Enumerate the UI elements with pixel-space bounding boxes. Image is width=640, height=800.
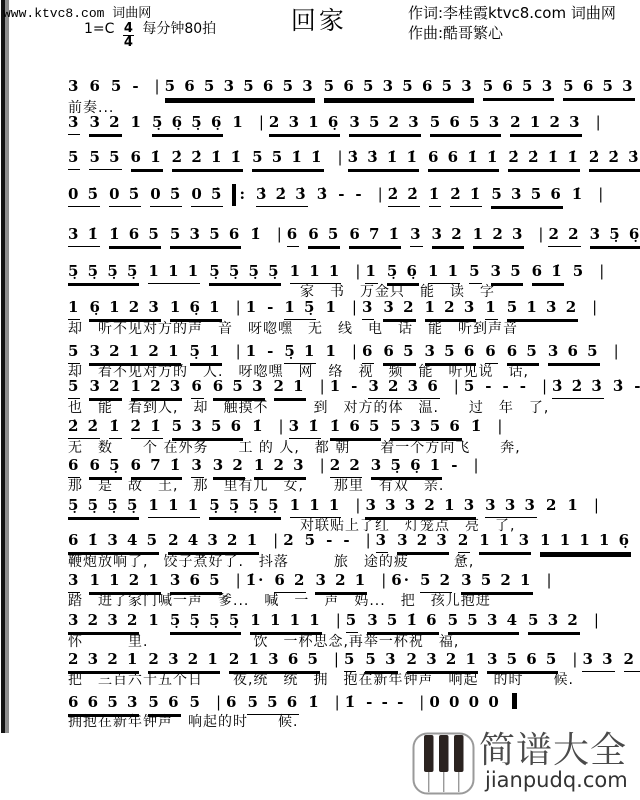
note-group: 6 5 3 [213, 376, 265, 399]
note-group: 2̇ 2̇ 1̇ 1̇ [508, 147, 579, 170]
note-group: 5 3 5 6 [172, 416, 243, 439]
bar-line: | [334, 649, 339, 671]
bar-line: | [320, 376, 325, 398]
lyric-line: 拥抱在新年钟声 响起的时 候. [68, 711, 298, 731]
piano-keys-icon [412, 732, 475, 795]
note-group: 0 5̇ [109, 184, 141, 207]
note-group: 3 2 3 6 [368, 376, 439, 399]
note-group: 0 5̇ [191, 184, 223, 207]
note-group: 1 [232, 112, 244, 134]
note-group: 1̇ [471, 416, 483, 438]
note-group: 5 3 5 6 [491, 184, 562, 207]
bar-line: | [336, 610, 341, 632]
note-group: 2 1 [274, 376, 306, 399]
note-group: 3 2 [383, 297, 415, 320]
note-group: 1 [325, 341, 337, 363]
note-group: 3 6 5 [548, 341, 600, 364]
music-line: 55 56 1̇2̇ 2̇ 1̇ 1̇5 5 1̇ 1̇|3̇ 3̇ 1̇ 1̇… [68, 147, 640, 170]
note-group: 1 1 1 1 6̣ [540, 530, 631, 553]
note-group: 3 1̇ [68, 224, 100, 247]
lyric-line: 把 三百六十五个日 夜,统 统 拥 抱在新年钟声 响起 的时 候. [68, 669, 574, 689]
note-group: 1 1 3 [479, 530, 531, 553]
note-group: 1 1 1 1 [250, 610, 321, 633]
bar-line: | [598, 184, 603, 206]
note-group: 3 3 [582, 649, 614, 672]
lyric-line: 那 是 故 土, 那 里有儿 女, 那里 有双 亲. [68, 475, 444, 495]
note-group: 2̇ 2̇ 1̇ 1̇ [172, 147, 243, 170]
note-group: 5 [68, 376, 80, 399]
note-group: 1̇ [345, 692, 357, 714]
note-group: 0 5̇ [150, 184, 182, 207]
note-group: 6 1̇ [532, 261, 564, 284]
note-group: - [267, 297, 275, 319]
note-group: 1̇ [308, 692, 320, 714]
note-group: 1̇ [572, 184, 584, 206]
note-group: 3 1̇ [289, 416, 321, 439]
note-group: 6 7 1̇ [349, 224, 401, 247]
bar-line: | [454, 376, 459, 398]
note-group: 2 4 3 2 1 [168, 530, 259, 553]
note-group: 5̣ 5̣ 5̣ 5̣ [209, 495, 280, 518]
note-group: 1 2 3 [425, 297, 477, 320]
lyric-line: 怀 里. 饮 一杯思念,再举一杯祝 福, [68, 631, 459, 651]
note-group: - [451, 455, 459, 477]
bar-line: | [259, 112, 264, 134]
note-group: 2 2 [548, 224, 580, 247]
note-group: 2 [458, 530, 470, 553]
note-group: 3 2 3 [397, 530, 449, 553]
note-group: 2 [283, 530, 295, 552]
bar-line: | [335, 692, 340, 714]
note-group: 5 6 5 3 5 6 5 3 [324, 76, 474, 99]
note-group: 5 [305, 530, 317, 552]
lyric-line: 踏 进了家门喊一声 爹... 喊 一 声 妈... 把 孩儿抱进 [68, 590, 491, 610]
note-group: 1̇ [252, 416, 264, 438]
note-group: 1 [68, 297, 80, 320]
note-group: 3 2 [89, 112, 121, 135]
bar-line: | [594, 610, 599, 632]
note-group: 1 5̣ [284, 297, 316, 320]
note-group: 2̇ 1̇ [131, 416, 163, 439]
note-group: 1̇ 6 5 [109, 224, 161, 247]
note-group: 3 2 [89, 376, 121, 399]
note-group: 5̣ 6̣ 5̣ 6̣ [152, 112, 223, 135]
bar-line: | [352, 341, 357, 363]
note-group: 6 6 1̇ 1̇ [428, 147, 499, 170]
bar-line: | [594, 495, 599, 517]
note-group: 1 2 3 [473, 224, 525, 247]
note-group: 5 [573, 261, 585, 283]
note-group: 3 [376, 530, 388, 553]
note-group: - [338, 184, 346, 206]
bar-line: | [473, 455, 478, 477]
logo-title: 简谱大全 [479, 732, 628, 770]
note-group: 1 [148, 610, 160, 632]
note-group: 1 [246, 341, 258, 363]
bar-line: | [542, 376, 547, 398]
note-group: - [503, 376, 511, 398]
note-group: 5̣ 5̣ 5̣ 5̣ [68, 261, 139, 284]
note-group: 6 1̇ [131, 147, 163, 170]
note-group: 5 [68, 147, 80, 170]
note-group: - [267, 341, 275, 363]
music-line: 365-|5 6 5 3 5 6 5 35 6 5 3 5 6 5 35 6 5… [68, 76, 640, 99]
note-group: 2 3 1 6̣ [269, 112, 340, 135]
lyric-line: 无 数 个 在外务 工 的 人, 都 朝 着一个方向飞 奔, [68, 437, 521, 457]
note-group: 5 [346, 610, 358, 633]
note-group: - [634, 376, 640, 398]
note-group: 5 3 2 [528, 610, 580, 633]
bar-line: | [236, 341, 241, 363]
note-group: 5 1 3 2 [507, 297, 578, 320]
note-group: 2 1 2 3 [510, 112, 581, 135]
music-line: 0 5̇0 5̇0 5̇0 5̇:3̇ 2̇ 3̇3̇--|2̇ 2̇1̇2̇ … [68, 184, 608, 207]
bar-line: | [338, 147, 343, 169]
note-group: 5 [111, 76, 123, 98]
bar-line: | [366, 530, 371, 552]
note-group: 1 1 1 [148, 495, 200, 518]
note-group: 3 [410, 224, 422, 247]
note-group: 1̇ [429, 184, 441, 207]
note-group: 2 5̣ [624, 649, 640, 672]
note-group: 5 3 5 6 [170, 224, 241, 247]
bar-line: | [236, 570, 241, 592]
note-group: 0 5̇ [68, 184, 100, 207]
music-line: 16̣ 1 2 31 6̣ 1|1-1 5̣1|33 21 2 315 1 3 … [68, 297, 602, 320]
bar-line: | [497, 416, 502, 438]
music-line: 53 21 2 366 5 32 1|1-3 2 3 6|5---|3̇ 2̇ … [68, 376, 640, 399]
bar-line: | [355, 495, 360, 517]
note-group: 1̇ [250, 224, 262, 246]
note-group: 1 [485, 297, 497, 320]
note-group: 6· [391, 570, 411, 592]
site-logo[interactable]: 简谱大全 jianpudq.com [412, 732, 628, 795]
note-group: 3 [68, 76, 80, 98]
note-group: 3 [362, 297, 374, 320]
bar-line: | [596, 112, 601, 134]
note-group: 5 5 3 4 [448, 610, 519, 633]
note-group: 6̣ 1 2 3 [89, 297, 160, 320]
bar-line: | [419, 692, 424, 714]
bar-line: | [381, 570, 386, 592]
note-group: - [343, 530, 351, 552]
note-group: 1 2 3 [131, 376, 183, 399]
bar-line: | [538, 224, 543, 246]
logo-domain: jianpudq.com [479, 770, 628, 791]
note-group: 5 5 [89, 147, 121, 170]
bar-line: | [614, 341, 619, 363]
note-group: 5̣ 5̣ 5̣ 5̣ [170, 610, 241, 633]
note-group: 5 3 5 6 [390, 416, 461, 439]
note-group: 1̇· [246, 570, 266, 592]
note-group: 2 [546, 495, 558, 517]
bar-line: | [320, 455, 325, 477]
note-group: 3 2 3 2 [68, 610, 139, 633]
music-line: 2̇ 2̇1̇2̇ 1̇5 3 5 61̇|3 1̇1̇ 6 55 3 5 61… [68, 416, 507, 439]
bar-line: | [592, 297, 597, 319]
bar-line: | [279, 416, 284, 438]
music-line: 3 1̇1̇ 6 55 3 5 61̇|66 56 7 1̇33 21 2 3|… [68, 224, 640, 247]
note-group: 3̇ 2̇ 3̇ [552, 376, 604, 399]
bar-line: | [273, 530, 278, 552]
music-line: 6 1̇ 3 4 52 4 3 2 1|25--|33 2 321 1 31 1… [68, 530, 640, 553]
bar-line: | [547, 570, 552, 592]
note-group: 5̣ 5̣ 5̣ 5̣ [209, 261, 280, 284]
endbar-bar [512, 693, 517, 709]
note-group: 3 5 [491, 261, 523, 284]
note-group: 6 [287, 224, 299, 247]
note-group: 3 5 2 3 [349, 112, 420, 135]
note-group: - - - [366, 692, 405, 714]
note-group: 5 6 5 3 [483, 76, 554, 99]
score: 365-|5 6 5 3 5 6 5 35 6 5 3 5 6 5 35 6 5… [0, 0, 640, 800]
note-group: 3 2 [432, 224, 464, 247]
note-group: 6 [89, 76, 101, 98]
lyric-line: 也 能 看到人, 却 触摸不 到 对方的体 温. 过 年 了, [68, 397, 549, 417]
note-group: - [485, 376, 493, 398]
music-line: 33 215̣ 6̣ 5̣ 6̣1|2 3 1 6̣3 5 2 35 6 5 3… [68, 112, 606, 135]
note-group: 2̇ 2̇ [388, 184, 420, 207]
note-group: 2̇ 2̇ [68, 416, 100, 439]
note-group: 3̇ 2̇ 3̇ [256, 184, 308, 207]
note-group: 1 1 1 [148, 261, 200, 284]
note-group: 2̇ 1̇ [450, 184, 482, 207]
note-group: - [351, 376, 359, 398]
bar-line: | [599, 261, 604, 283]
note-group: 5 [464, 376, 476, 398]
note-group: 3 5̣ 6̣ 1 [590, 224, 640, 247]
bar-line: | [155, 76, 160, 98]
note-group: 1 [325, 297, 337, 319]
bar-line: | [236, 297, 241, 319]
note-group: 6 [191, 376, 203, 399]
note-group: 5 5 1̇ 1̇ [252, 147, 323, 170]
note-group: 1 [330, 376, 342, 398]
note-group: 0 0 0 0 [429, 692, 500, 714]
lyric-line: 却 听不见对方的声 音 呀唿嘿 无 线 电 话 能 听到声音 [68, 318, 518, 338]
lyric-line: 鞭炮放响了, 饺子煮好了. 抖落 旅 途的疲 惫, [68, 551, 474, 571]
note-group: 3 5 1̇ 6 [367, 610, 438, 633]
note-group: 1̇ [109, 416, 121, 439]
bar-line: | [355, 261, 360, 283]
note-group: 1̇ 6 5 [330, 416, 382, 439]
note-group: - [326, 530, 334, 552]
music-line: 3 2 3 215̣ 5̣ 5̣ 5̣1 1 1 1|53 5 1̇ 65 5 … [68, 610, 604, 633]
note-group: 3̇ [317, 184, 329, 206]
note-group: 5̣ 5̣ 5̣ 5̣ [68, 495, 139, 518]
note-group: 1 [131, 112, 143, 134]
note-group: - [520, 376, 528, 398]
rstart-bar: : [232, 184, 247, 206]
logo-text-block: 简谱大全 jianpudq.com [479, 732, 628, 791]
sheet-music-page: { "header": { "watermark": "www.ktvc8.co… [0, 0, 640, 800]
note-group: 1 [567, 495, 579, 517]
note-group: 3 [68, 112, 80, 135]
bar-line: | [277, 224, 282, 246]
note-group: - [355, 184, 363, 206]
note-group: 1 [246, 297, 258, 319]
note-group: 6 1̇ 3 4 5 [68, 530, 159, 553]
bar-line: | [352, 297, 357, 319]
note-group: 5 6 5 3 [563, 76, 634, 99]
note-group: 2̇ 2̇ 3̇ 3̇ [589, 147, 640, 170]
note-group: 5 6 5 3 [430, 112, 501, 135]
bar-line: | [572, 649, 577, 671]
bar-line: | [378, 184, 383, 206]
note-group: 3̇ 3̇ 1̇ 1̇ [348, 147, 419, 170]
note-group: 3̇ [613, 376, 625, 398]
note-group: 5 6 5 3 5 6 5 3 [165, 76, 315, 99]
note-group: 1 6̣ 1 [170, 297, 222, 320]
note-group: 6 5 [308, 224, 340, 247]
note-group: - [132, 76, 140, 98]
